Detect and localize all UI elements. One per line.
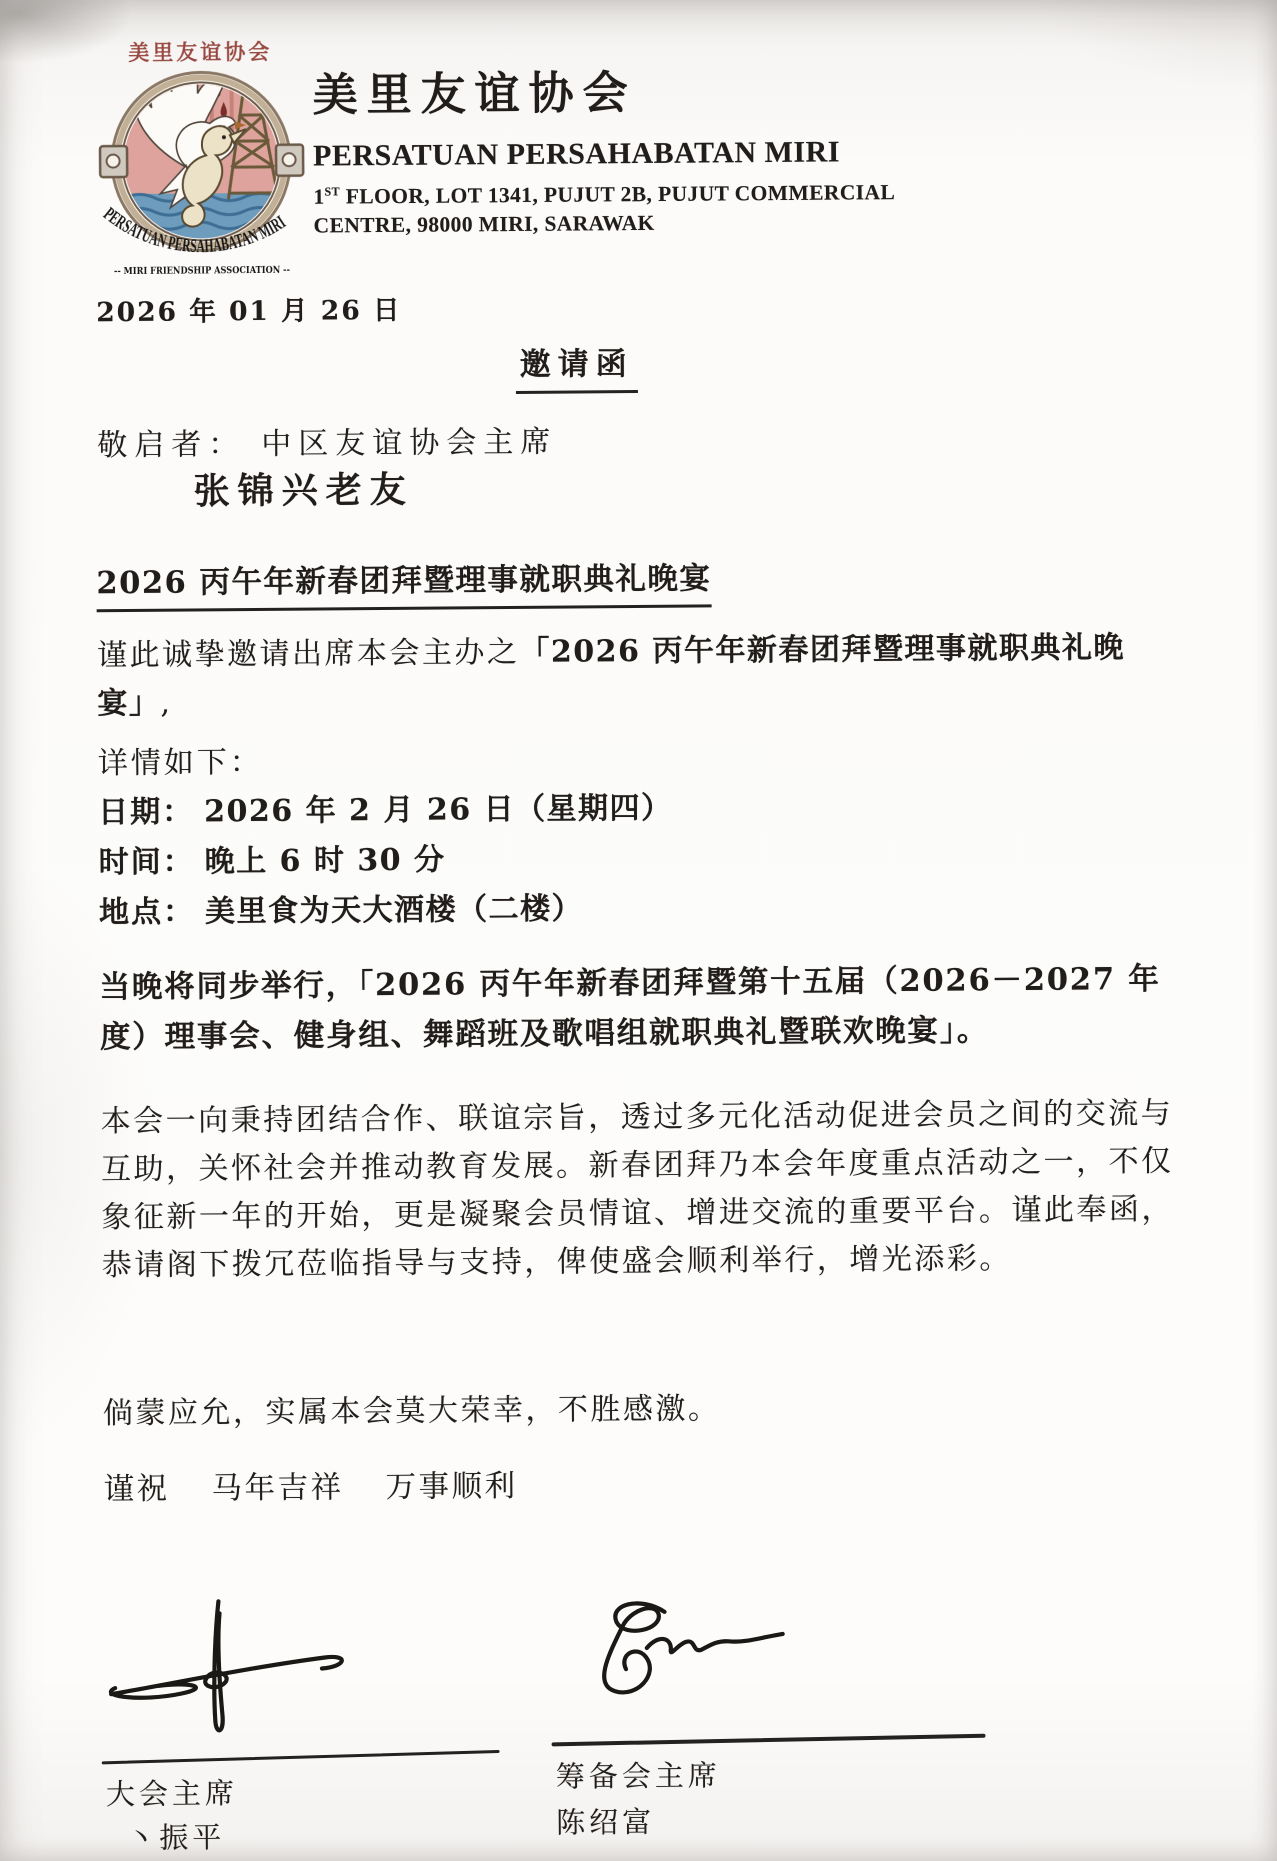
recipient-name: 张锦兴老友	[193, 462, 413, 515]
closing-wishes: 谨祝 马年吉祥 万事顺利	[103, 1461, 517, 1508]
scanned-letter-page: 美里友谊协会	[0, 0, 1277, 1861]
closing-prefix: 谨祝	[103, 1464, 169, 1509]
salutation-value: 中区友谊协会主席	[261, 425, 557, 462]
detail-time-label: 时间：	[98, 836, 204, 881]
detail-row-date: 日期：2026 年 2 月 26 日（星期四）	[98, 783, 673, 832]
invitation-lead: 谨此诚挚邀请出席本会主办之	[97, 635, 520, 673]
signer-name-left: 丶振平	[126, 1815, 225, 1857]
logo-top-text: 美里友谊协会	[128, 39, 272, 65]
signer-title-right: 筹备会主席	[556, 1753, 721, 1795]
address-floor-ordinal: ST	[324, 184, 340, 198]
letter-title: 邀请函	[0, 334, 1157, 398]
closing-wish-1: 马年吉祥	[211, 1462, 343, 1507]
signature-line-left	[102, 1750, 500, 1764]
signer-name-right: 陈绍富	[556, 1800, 655, 1842]
invitation-tail: ,	[160, 686, 172, 721]
detail-venue-value: 美里食为天大酒楼（二楼）	[205, 891, 583, 929]
address-line-2: CENTRE, 98000 MIRI, SARAWAK	[314, 208, 1034, 239]
address-line-1: 1ST FLOOR, LOT 1341, PUJUT 2B, PUJUT COM…	[313, 179, 1033, 210]
closing-wish-2: 万事顺利	[385, 1461, 517, 1506]
detail-time-value: 晚上 6 时 30 分	[204, 843, 445, 880]
salutation: 敬启者：中区友谊协会主席	[97, 417, 557, 465]
letterhead: 美里友谊协会 PERSATUAN PERSAHABATAN MIRI 1ST F…	[312, 53, 1033, 239]
detail-venue-label: 地点：	[99, 886, 205, 931]
org-name-cn: 美里友谊协会	[312, 53, 1032, 124]
detail-date-label: 日期：	[98, 786, 204, 831]
paragraph-mission: 本会一向秉持团结合作、联谊宗旨，透过多元化活动促进会员之间的交流与互助，关怀社会…	[100, 1090, 1199, 1291]
association-logo: 美里友谊协会	[97, 37, 306, 287]
detail-row-time: 时间：晚上 6 时 30 分	[98, 835, 445, 882]
subject-heading: 2026 丙午年新春团拜暨理事就职典礼晚宴	[96, 553, 711, 612]
subject-heading-text: 2026 丙午年新春团拜暨理事就职典礼晚宴	[96, 553, 711, 612]
detail-row-venue: 地点：美里食为天大酒楼（二楼）	[99, 883, 583, 931]
handwritten-signature-left	[98, 1594, 367, 1741]
signer-title-left: 大会主席	[106, 1771, 238, 1813]
org-name-latin: PERSATUAN PERSAHABATAN MIRI	[313, 134, 1033, 174]
salutation-label: 敬启者：	[97, 427, 245, 463]
details-intro: 详情如下：	[98, 737, 263, 782]
paragraph-acknowledgement: 倘蒙应允，实属本会莫大荣幸，不胜感激。	[103, 1383, 721, 1432]
letter-title-text: 邀请函	[516, 338, 638, 394]
logo-sub-text: -- MIRI FRIENDSHIP ASSOCIATION --	[114, 265, 290, 277]
detail-date-value: 2026 年 2 月 26 日（星期四）	[204, 791, 673, 830]
handwritten-signature-right	[572, 1595, 808, 1715]
address-line-1-rest: FLOOR, LOT 1341, PUJUT 2B, PUJUT COMMERC…	[340, 180, 895, 208]
paragraph-invitation: 谨此诚挚邀请出席本会主办之「2026 丙午年新春团拜暨理事就职典礼晚宴」,	[97, 624, 1194, 729]
letter-date: 2026 年 01 月 26 日	[96, 288, 401, 329]
signature-line-right	[552, 1734, 986, 1746]
paragraph-concurrent-events: 当晚将同步举行，「2026 丙午年新春团拜暨第十五届（2026－2027 年度）…	[99, 954, 1200, 1063]
address-floor-number: 1	[313, 185, 324, 209]
